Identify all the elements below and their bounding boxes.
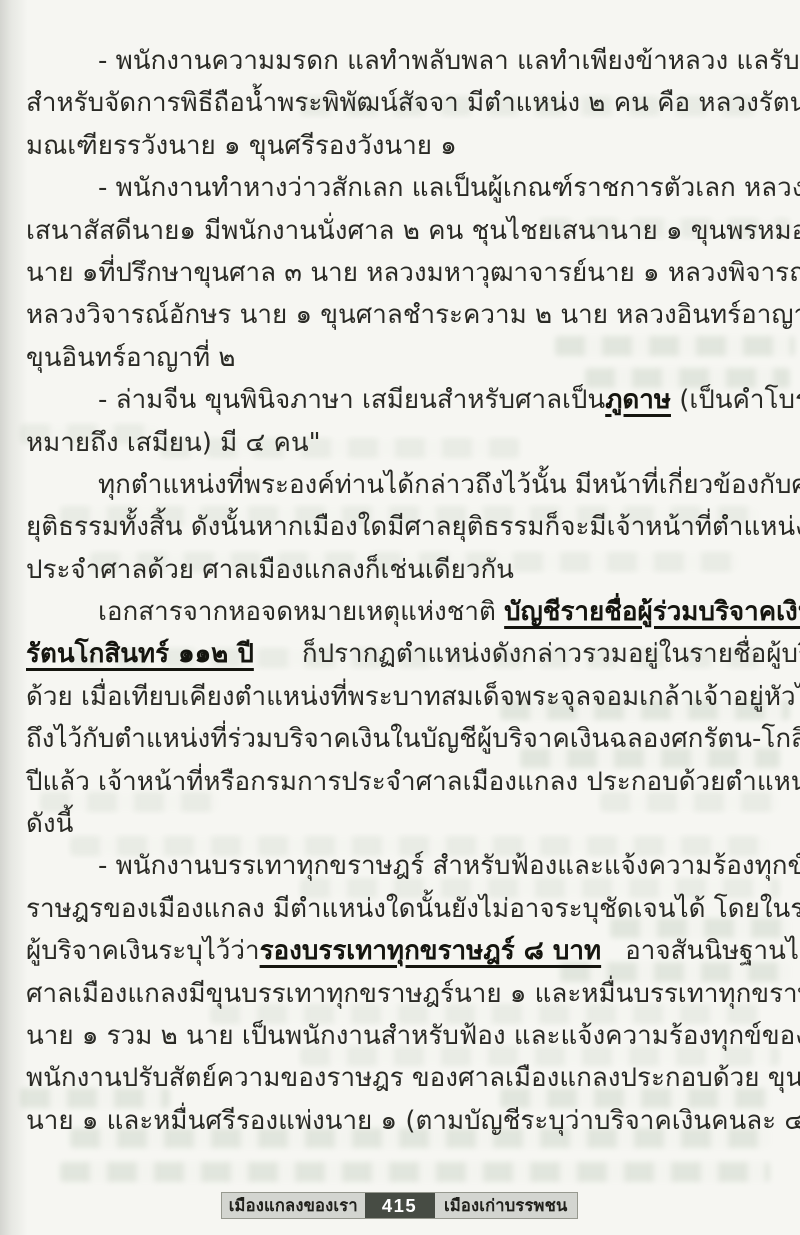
text-segment: เสนาสัสดีนาย๑ มีพนักงานนั่งศาล ๒ คน ชุนไ…: [26, 216, 800, 246]
page-footer: เมืองแกลงของเรา 415 เมืองเก่าบรรพชน: [221, 1192, 578, 1219]
text-line: ดังนี้: [26, 803, 775, 845]
text-line: ถึงไว้กับตำแหน่งที่ร่วมบริจาคเงินในบัญชี…: [26, 718, 775, 760]
text-segment: ผู้บริจาคเงินระบุไว้ว่า: [26, 936, 260, 966]
text-segment: - ล่ามจีน ขุนพินิจภาษา เสมียนสำหรับศาลเป…: [98, 385, 605, 415]
text-segment: ด้วย เมื่อเทียบเคียงตำแหน่งที่พระบาทสมเด…: [26, 682, 800, 712]
text-segment: สำหรับจัดการพิธีถือน้ำพระพิพัฒน์สัจจา มี…: [26, 88, 800, 118]
underlined-term: รัตนโกสินทร์ ๑๑๒ ปี: [26, 639, 254, 669]
text-line: ผู้บริจาคเงินระบุไว้ว่ารองบรรเทาทุกขราษฎ…: [26, 930, 775, 972]
text-segment: ดังนี้: [26, 809, 73, 839]
text-segment: ยุติธรรมทั้งสิ้น ดังนั้นหากเมืองใดมีศาลย…: [26, 512, 800, 542]
text-segment: ศาลเมืองแกลงมีขุนบรรเทาทุกขราษฎร์นาย ๑ แ…: [26, 979, 800, 1009]
text-segment: นาย ๑ที่ปรึกษาขุนศาล ๓ นาย หลวงมหาวุฒาจา…: [26, 258, 800, 288]
text-segment: เอกสารจากหอจดหมายเหตุแห่งชาติ: [98, 597, 504, 627]
text-segment: ปีแล้ว เจ้าหน้าที่หรือกรมการประจำศาลเมือ…: [26, 767, 800, 797]
text-line: ปีแล้ว เจ้าหน้าที่หรือกรมการประจำศาลเมือ…: [26, 761, 775, 803]
text-line: เสนาสัสดีนาย๑ มีพนักงานนั่งศาล ๒ คน ชุนไ…: [26, 210, 775, 252]
text-segment: หลวงวิจารณ์อักษร นาย ๑ ขุนศาลชำระความ ๒ …: [26, 300, 800, 330]
text-line: ทุกตำแหน่งที่พระองค์ท่านได้กล่าวถึงไว้นั…: [26, 464, 775, 506]
text-segment: ขุนอินทร์อาญาที่ ๒: [26, 343, 236, 373]
page-number: 415: [382, 1195, 417, 1217]
text-segment: ทุกตำแหน่งที่พระองค์ท่านได้กล่าวถึงไว้นั…: [98, 470, 800, 500]
text-line: หมายถึง เสมียน) มี ๔ คน": [26, 422, 775, 464]
text-segment: อาจสันนิษฐานได้ว่า: [625, 936, 800, 966]
text-segment: ถึงไว้กับตำแหน่งที่ร่วมบริจาคเงินในบัญชี…: [26, 724, 800, 754]
text-line: เอกสารจากหอจดหมายเหตุแห่งชาติ บัญชีรายชื…: [26, 591, 775, 633]
text-line: ศาลเมืองแกลงมีขุนบรรเทาทุกขราษฎร์นาย ๑ แ…: [26, 973, 775, 1015]
text-segment: - พนักงานทำหางว่าวสักเลก แลเป็นผู้เกณฑ์ร…: [98, 173, 800, 203]
text-line: หลวงวิจารณ์อักษร นาย ๑ ขุนศาลชำระความ ๒ …: [26, 294, 775, 336]
text-segment: (เป็นคำโบราณ: [671, 385, 800, 415]
text-line: ประจำศาลด้วย ศาลเมืองแกลงก็เช่นเดียวกัน: [26, 549, 775, 591]
text-line: - พนักงานความมรดก แลทำพลับพลา แลทำเพียงข…: [26, 40, 775, 82]
page-number-badge: 415: [365, 1193, 435, 1218]
text-line: รัตนโกสินทร์ ๑๑๒ ปีก็ปรากฏตำแหน่งดังกล่า…: [26, 633, 775, 675]
scanned-book-page: - พนักงานความมรดก แลทำพลับพลา แลทำเพียงข…: [0, 0, 800, 1235]
underlined-term: รองบรรเทาทุกขราษฎร์ ๘ บาท: [260, 936, 602, 966]
text-line: พนักงานปรับสัตย์ความของราษฎร ของศาลเมือง…: [26, 1057, 775, 1099]
text-line: ราษฎรของเมืองแกลง มีตำแหน่งใดนั้นยังไม่อ…: [26, 888, 775, 930]
text-segment: นาย ๑ รวม ๒ นาย เป็นพนักงานสำหรับฟ้อง แล…: [26, 1021, 800, 1051]
text-line: นาย ๑ที่ปรึกษาขุนศาล ๓ นาย หลวงมหาวุฒาจา…: [26, 252, 775, 294]
text-segment: นาย ๑ และหมื่นศรีรองแพ่งนาย ๑ (ตามบัญชีร…: [26, 1106, 800, 1136]
text-line: ขุนอินทร์อาญาที่ ๒: [26, 337, 775, 379]
text-line: - ล่ามจีน ขุนพินิจภาษา เสมียนสำหรับศาลเป…: [26, 379, 775, 421]
text-segment: ราษฎรของเมืองแกลง มีตำแหน่งใดนั้นยังไม่อ…: [26, 894, 800, 924]
page-edge-shadow: [0, 0, 28, 1235]
text-line: นาย ๑ และหมื่นศรีรองแพ่งนาย ๑ (ตามบัญชีร…: [26, 1100, 775, 1142]
text-segment: ก็ปรากฏตำแหน่งดังกล่าวรวมอยู่ในรายชื่อผู…: [302, 639, 800, 669]
footer-right-title: เมืองเก่าบรรพชน: [435, 1193, 578, 1218]
text-segment: พนักงานปรับสัตย์ความของราษฎร ของศาลเมือง…: [26, 1063, 800, 1093]
text-line: ด้วย เมื่อเทียบเคียงตำแหน่งที่พระบาทสมเด…: [26, 676, 775, 718]
text-segment: มณเฑียรรวังนาย ๑ ขุนศรีรองวังนาย ๑: [26, 131, 457, 161]
text-line: นาย ๑ รวม ๒ นาย เป็นพนักงานสำหรับฟ้อง แล…: [26, 1015, 775, 1057]
text-line: สำหรับจัดการพิธีถือน้ำพระพิพัฒน์สัจจา มี…: [26, 82, 775, 124]
text-line: - พนักงานทำหางว่าวสักเลก แลเป็นผู้เกณฑ์ร…: [26, 167, 775, 209]
scan-artifact: [60, 1162, 770, 1182]
footer-left-title: เมืองแกลงของเรา: [222, 1193, 365, 1218]
page-body-text: - พนักงานความมรดก แลทำพลับพลา แลทำเพียงข…: [26, 40, 775, 1142]
text-line: ยุติธรรมทั้งสิ้น ดังนั้นหากเมืองใดมีศาลย…: [26, 506, 775, 548]
text-segment: ประจำศาลด้วย ศาลเมืองแกลงก็เช่นเดียวกัน: [26, 555, 514, 585]
text-line: มณเฑียรรวังนาย ๑ ขุนศรีรองวังนาย ๑: [26, 125, 775, 167]
text-line: - พนักงานบรรเทาทุกขราษฎร์ สำหรับฟ้องและแ…: [26, 845, 775, 887]
underlined-term: ภูดาษ: [605, 385, 671, 415]
text-segment: - พนักงานบรรเทาทุกขราษฎร์ สำหรับฟ้องและแ…: [98, 851, 800, 881]
text-segment: - พนักงานความมรดก แลทำพลับพลา แลทำเพียงข…: [98, 46, 800, 76]
text-segment: หมายถึง เสมียน) มี ๔ คน": [26, 428, 321, 458]
underlined-term: บัญชีรายชื่อผู้ร่วมบริจาคเงินฉลองศก: [504, 597, 800, 627]
